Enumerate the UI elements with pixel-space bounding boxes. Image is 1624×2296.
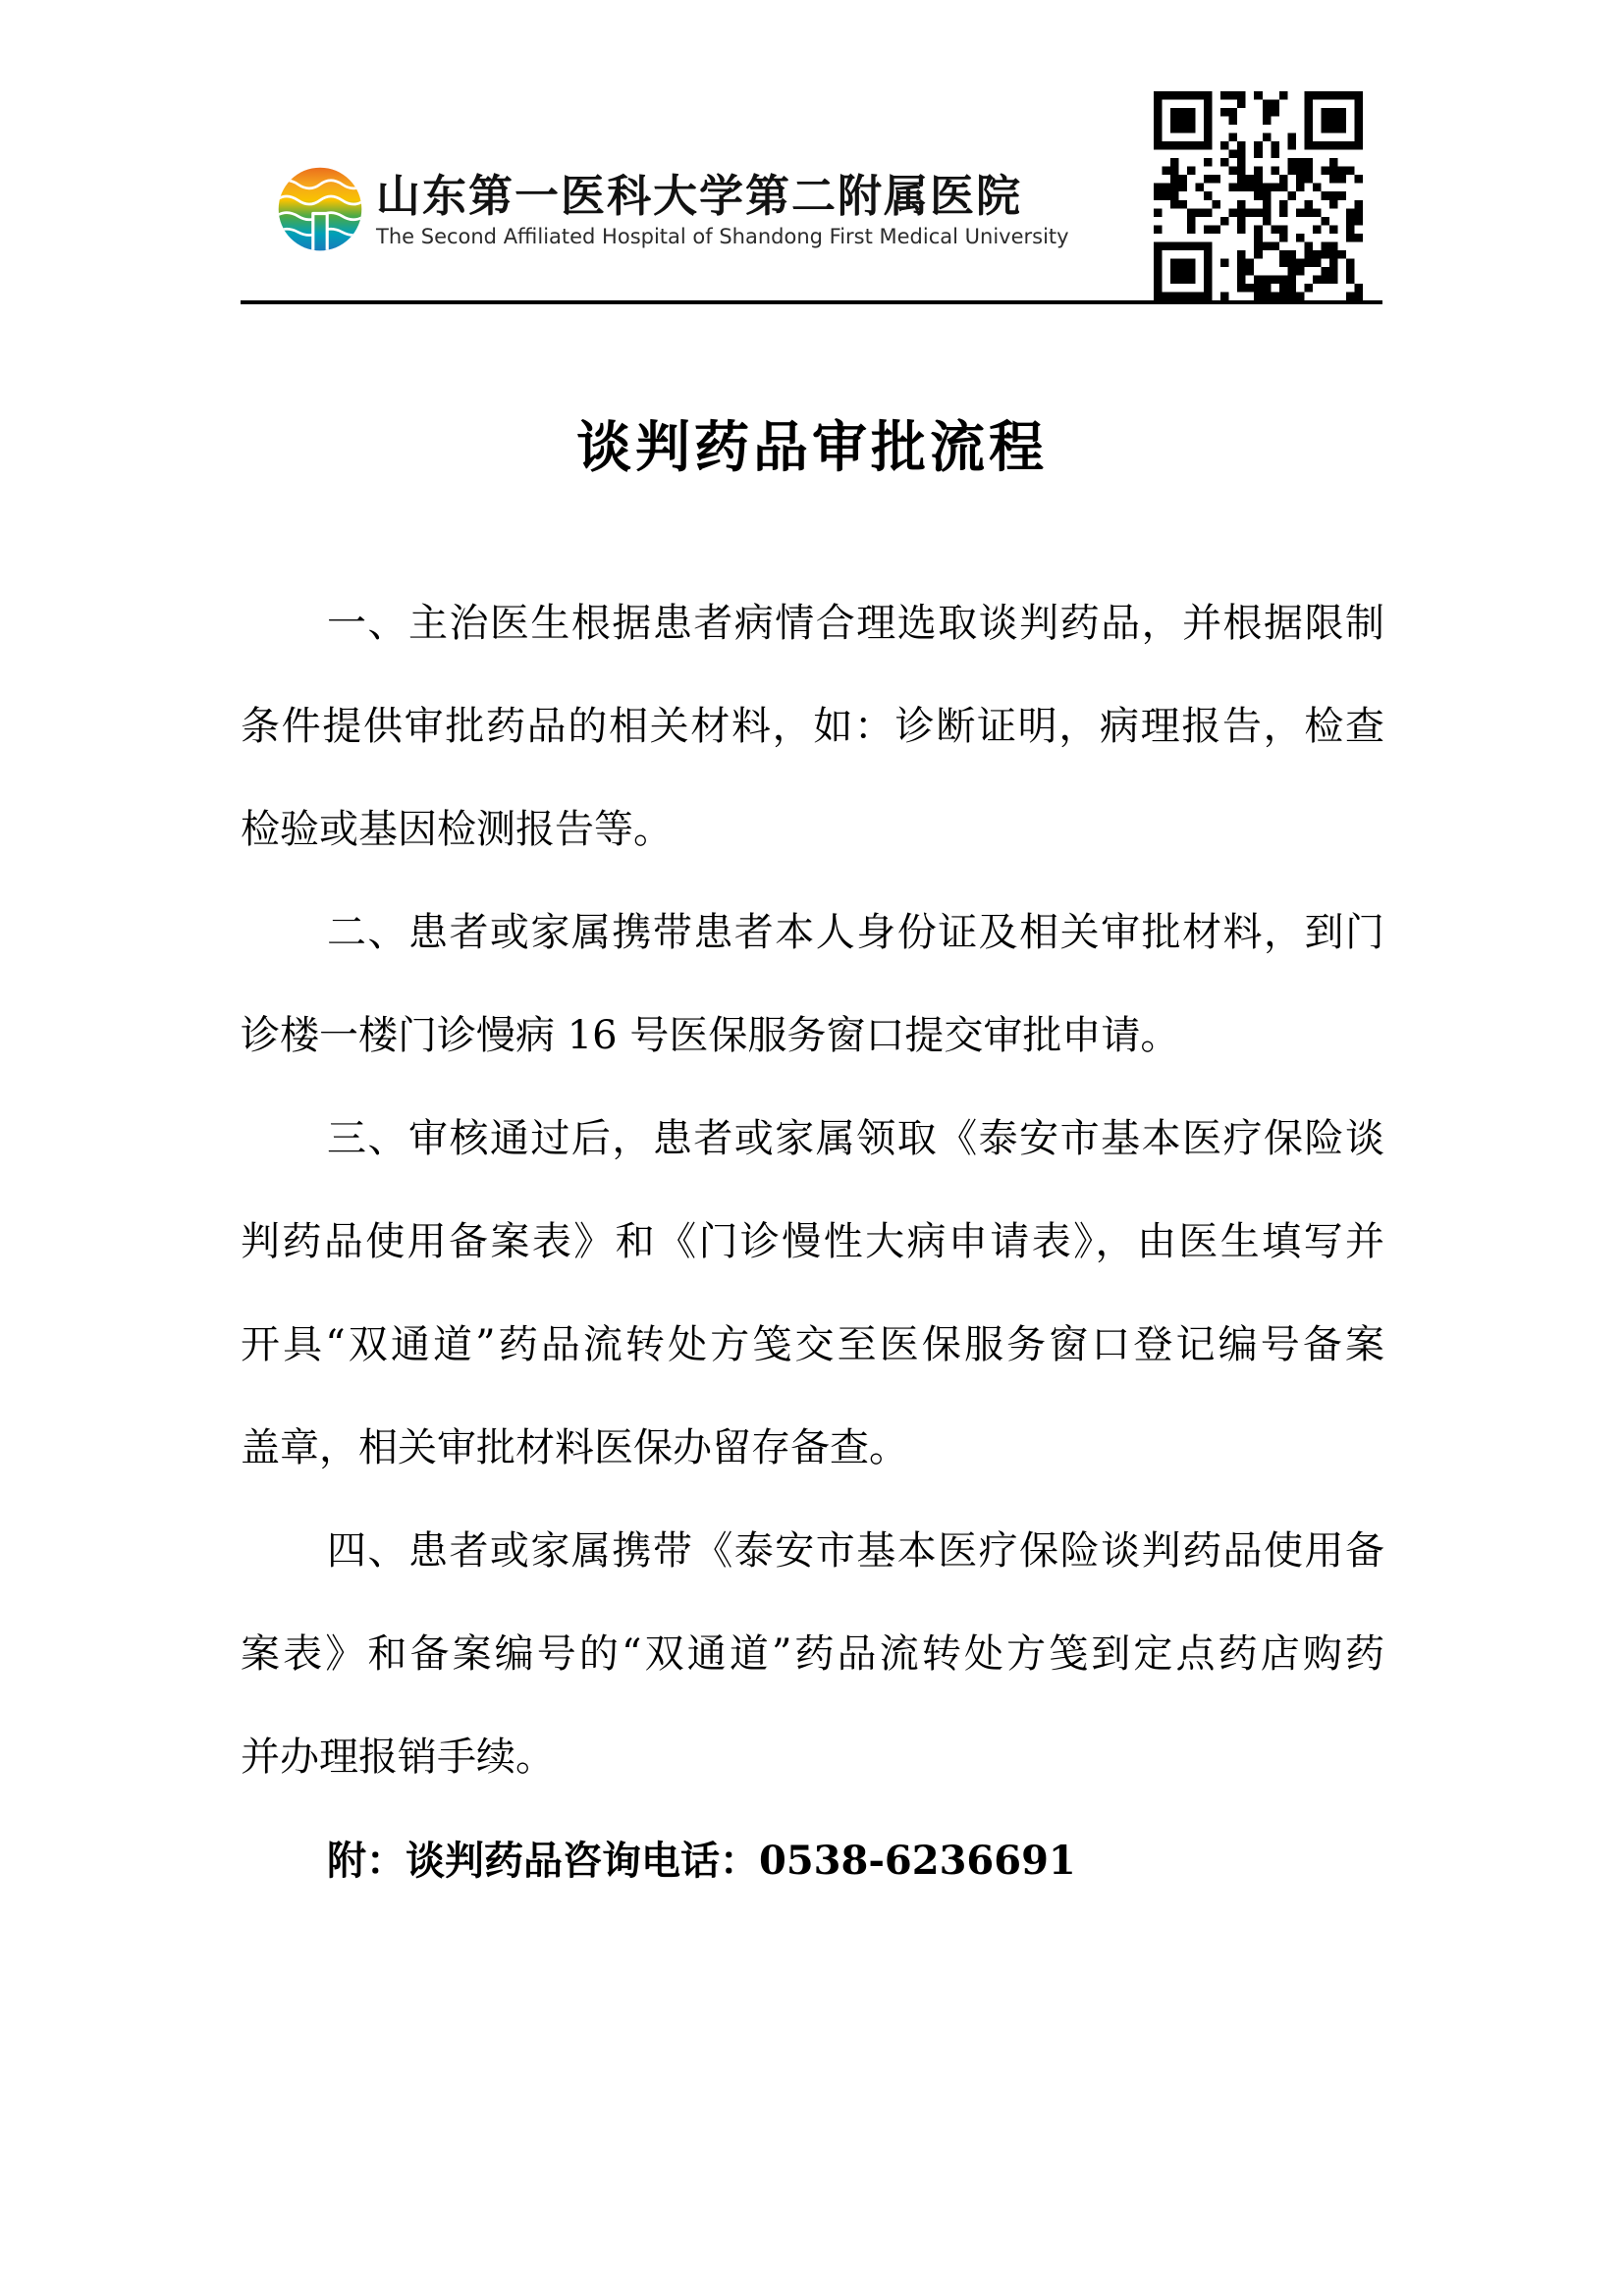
body-line: 四、患者或家属携带《泰安市基本医疗保险谈判药品使用备	[241, 1500, 1384, 1603]
contact-line: 附：谈判药品咨询电话：0538-6236691	[241, 1809, 1384, 1912]
document-body: 一、主治医生根据患者病情合理选取谈判药品，并根据限制 条件提供审批药品的相关材料…	[241, 572, 1384, 1912]
hospital-logo-icon	[276, 164, 364, 254]
body-line: 开具“双通道”药品流转处方笺交至医保服务窗口登记编号备案	[241, 1294, 1384, 1397]
header-divider-line	[241, 300, 1382, 304]
contact-label: 附：谈判药品咨询电话：	[327, 1838, 759, 1884]
body-line: 检验或基因检测报告等。	[241, 778, 1384, 881]
hospital-name-zh: 山东第一医科大学第二附属医院	[376, 169, 1063, 224]
hospital-name-en: The Second Affiliated Hospital of Shando…	[376, 224, 1063, 249]
body-line: 诊楼一楼门诊慢病 16 号医保服务窗口提交审批申请。	[241, 985, 1384, 1088]
body-line: 盖章，相关审批材料医保办留存备查。	[241, 1397, 1384, 1500]
body-line: 案表》和备案编号的“双通道”药品流转处方笺到定点药店购药	[241, 1603, 1384, 1706]
qr-code	[1154, 90, 1363, 301]
body-line: 二、患者或家属携带患者本人身份证及相关审批材料，到门	[241, 881, 1384, 985]
body-line: 并办理报销手续。	[241, 1706, 1384, 1809]
document-page: 山东第一医科大学第二附属医院 The Second Affiliated Hos…	[0, 0, 1624, 2296]
body-line: 三、审核通过后，患者或家属领取《泰安市基本医疗保险谈	[241, 1088, 1384, 1191]
hospital-name-block: 山东第一医科大学第二附属医院 The Second Affiliated Hos…	[376, 169, 1063, 249]
body-line: 条件提供审批药品的相关材料，如：诊断证明，病理报告，检查	[241, 675, 1384, 778]
body-line: 一、主治医生根据患者病情合理选取谈判药品，并根据限制	[241, 572, 1384, 675]
body-line: 判药品使用备案表》和《门诊慢性大病申请表》，由医生填写并	[241, 1191, 1384, 1294]
page-title: 谈判药品审批流程	[0, 414, 1624, 483]
contact-phone-number: 0538-6236691	[759, 1838, 1076, 1884]
